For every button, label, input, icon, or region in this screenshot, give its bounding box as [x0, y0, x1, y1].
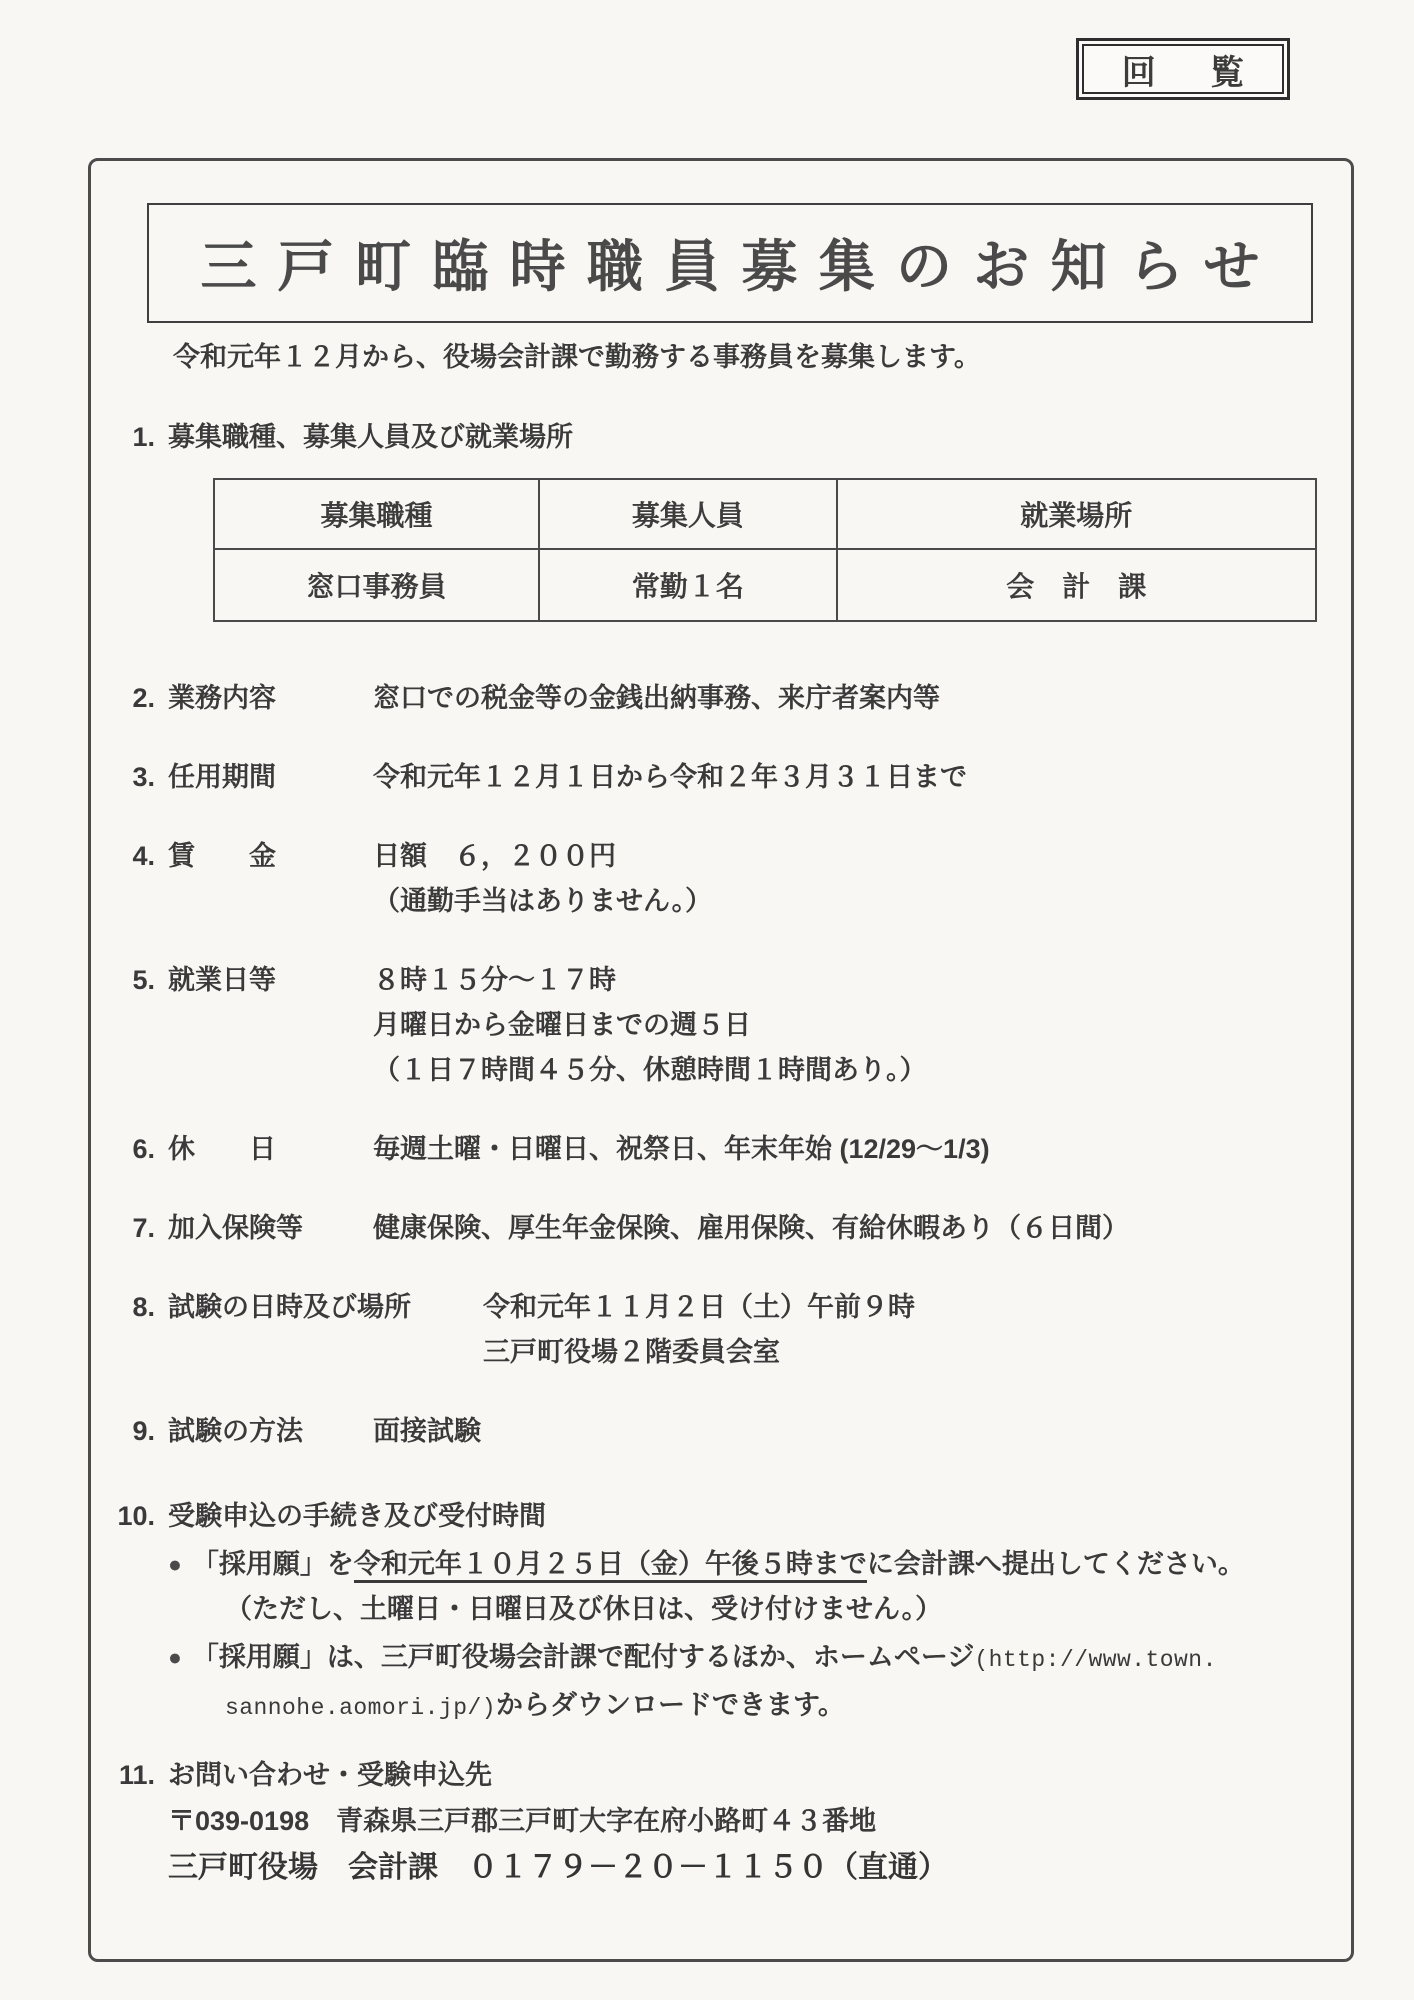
circulation-stamp-label: 回 覧: [1082, 44, 1284, 94]
bullet-1-text: 「採用願」を令和元年１０月２５日（金）午後５時までに会計課へ提出してください。: [192, 1541, 1325, 1587]
homepage-url-part-1: (http://www.town.: [974, 1647, 1216, 1673]
section-10-label: 受験申込の手続き及び受付時間: [168, 1494, 546, 1539]
bullet-2-continued: sannohe.aomori.jp/)からダウンロードできます。: [225, 1683, 1325, 1731]
section-8-line-2: 三戸町役場２階委員会室: [483, 1330, 1325, 1375]
table-header-row: 募集職種 募集人員 就業場所: [214, 479, 1316, 549]
section-5-line-2: 月曜日から金曜日までの週５日: [373, 1003, 1325, 1048]
section-2-content: 窓口での税金等の金銭出納事務、来庁者案内等: [373, 676, 1325, 721]
section-7-label: 加入保険等: [168, 1206, 373, 1251]
section-row-4: 4. 賃 金 日額 ６，２００円 （通勤手当はありません。）: [111, 834, 1325, 924]
section-list: 2. 業務内容 窓口での税金等の金銭出納事務、来庁者案内等 3. 任用期間 令和…: [111, 676, 1325, 1454]
section-2-label: 業務内容: [168, 676, 373, 721]
intro-text: 令和元年１２月から、役場会計課で勤務する事務員を募集します。: [173, 335, 1325, 379]
bullet-1-deadline-underlined: 令和元年１０月２５日（金）午後５時まで: [354, 1549, 867, 1583]
table-data-row: 窓口事務員 常勤１名 会 計 課: [214, 549, 1316, 621]
section-4-line-2: （通勤手当はありません。）: [373, 879, 1325, 924]
bullet-1-pre: 「採用願」を: [192, 1549, 354, 1579]
homepage-url-part-2: sannohe.aomori.jp/): [225, 1695, 496, 1721]
section-9-content: 面接試験: [373, 1409, 1325, 1454]
section-6-line-1: 毎週土曜・日曜日、祝祭日、年末年始 (12/29～1/3): [373, 1127, 1325, 1172]
section-8-line-1: 令和元年１１月２日（土）午前９時: [483, 1285, 1325, 1330]
section-5-label: 就業日等: [168, 958, 373, 1093]
bullet-icon: ●: [168, 1634, 182, 1683]
cell-job-type: 窓口事務員: [214, 549, 539, 621]
section-9-number: 9.: [111, 1409, 155, 1454]
section-7-content: 健康保険、厚生年金保険、雇用保険、有給休暇あり（６日間）: [373, 1206, 1325, 1251]
bullet-2-text: 「採用願」は、三戸町役場会計課で配付するほか、ホームページ(http://www…: [192, 1634, 1325, 1683]
section-1-heading: 1. 募集職種、募集人員及び就業場所: [111, 415, 1325, 460]
section-11-heading: 11. お問い合わせ・受験申込先: [111, 1753, 1325, 1798]
section-3-number: 3.: [111, 755, 155, 800]
section-4-label: 賃 金: [168, 834, 373, 924]
section-1-label: 募集職種、募集人員及び就業場所: [168, 415, 573, 460]
section-11-number: 11.: [111, 1753, 155, 1798]
section-row-9: 9. 試験の方法 面接試験: [111, 1409, 1325, 1454]
header-headcount: 募集人員: [539, 479, 837, 549]
contact-address: 〒039-0198 青森県三戸郡三戸町大字在府小路町４３番地: [168, 1798, 1325, 1844]
bullet-1-note: （ただし、土曜日・日曜日及び休日は、受け付けません。）: [225, 1587, 1325, 1632]
section-row-6: 6. 休 日 毎週土曜・日曜日、祝祭日、年末年始 (12/29～1/3): [111, 1127, 1325, 1172]
section-row-8: 8. 試験の日時及び場所 令和元年１１月２日（土）午前９時 三戸町役場２階委員会…: [111, 1285, 1325, 1375]
section-3-line-1: 令和元年１２月１日から令和２年３月３１日まで: [373, 755, 1325, 800]
section-4-line-1: 日額 ６，２００円: [373, 834, 1325, 879]
section-3-content: 令和元年１２月１日から令和２年３月３１日まで: [373, 755, 1325, 800]
section-6-label: 休 日: [168, 1127, 373, 1172]
section-7-number: 7.: [111, 1206, 155, 1251]
section-10-number: 10.: [111, 1494, 155, 1539]
header-job-type: 募集職種: [214, 479, 539, 549]
cell-workplace: 会 計 課: [837, 549, 1316, 621]
section-5-number: 5.: [111, 958, 155, 1093]
circulation-stamp-box: 回 覧: [1076, 38, 1290, 100]
section-10-bullet-1: ● 「採用願」を令和元年１０月２５日（金）午後５時までに会計課へ提出してください…: [168, 1541, 1325, 1587]
bullet-2-jp-end: からダウンロードできます。: [496, 1690, 845, 1720]
section-10-bullet-2: ● 「採用願」は、三戸町役場会計課で配付するほか、ホームページ(http://w…: [168, 1634, 1325, 1683]
section-3-label: 任用期間: [168, 755, 373, 800]
bullet-icon: ●: [168, 1541, 182, 1587]
section-11: 11. お問い合わせ・受験申込先 〒039-0198 青森県三戸郡三戸町大字在府…: [111, 1753, 1325, 1892]
section-row-3: 3. 任用期間 令和元年１２月１日から令和２年３月３１日まで: [111, 755, 1325, 800]
section-4-content: 日額 ６，２００円 （通勤手当はありません。）: [373, 834, 1325, 924]
section-9-line-1: 面接試験: [373, 1409, 1325, 1454]
contact-phone-line: 三戸町役場 会計課 ０１７９－２０－１１５０（直通）: [168, 1844, 1325, 1892]
section-8-content: 令和元年１１月２日（土）午前９時 三戸町役場２階委員会室: [483, 1285, 1325, 1375]
title-box: 三戸町臨時職員募集のお知らせ: [147, 203, 1313, 323]
section-10: 10. 受験申込の手続き及び受付時間 ● 「採用願」を令和元年１０月２５日（金）…: [111, 1494, 1325, 1731]
section-2-number: 2.: [111, 676, 155, 721]
section-row-2: 2. 業務内容 窓口での税金等の金銭出納事務、来庁者案内等: [111, 676, 1325, 721]
section-row-5: 5. 就業日等 ８時１５分～１７時 月曜日から金曜日までの週５日 （１日７時間４…: [111, 958, 1325, 1093]
section-6-number: 6.: [111, 1127, 155, 1172]
section-5-content: ８時１５分～１７時 月曜日から金曜日までの週５日 （１日７時間４５分、休憩時間１…: [373, 958, 1325, 1093]
section-2-line-1: 窓口での税金等の金銭出納事務、来庁者案内等: [373, 676, 1325, 721]
header-workplace: 就業場所: [837, 479, 1316, 549]
section-8-number: 8.: [111, 1285, 155, 1375]
section-7-line-1: 健康保険、厚生年金保険、雇用保険、有給休暇あり（６日間）: [373, 1206, 1325, 1251]
section-5-line-3: （１日７時間４５分、休憩時間１時間あり。）: [373, 1048, 1325, 1093]
page-title: 三戸町臨時職員募集のお知らせ: [179, 223, 1281, 303]
section-6-content: 毎週土曜・日曜日、祝祭日、年末年始 (12/29～1/3): [373, 1127, 1325, 1172]
section-1-number: 1.: [111, 415, 155, 460]
bullet-2-jp: 「採用願」は、三戸町役場会計課で配付するほか、ホームページ: [192, 1642, 974, 1672]
section-row-7: 7. 加入保険等 健康保険、厚生年金保険、雇用保険、有給休暇あり（６日間）: [111, 1206, 1325, 1251]
bullet-1-post: に会計課へ提出してください。: [867, 1549, 1245, 1579]
section-9-label: 試験の方法: [168, 1409, 373, 1454]
section-8-label: 試験の日時及び場所: [168, 1285, 483, 1375]
section-10-heading: 10. 受験申込の手続き及び受付時間: [111, 1494, 1325, 1539]
recruitment-table: 募集職種 募集人員 就業場所 窓口事務員 常勤１名 会 計 課: [213, 478, 1317, 622]
cell-headcount: 常勤１名: [539, 549, 837, 621]
section-5-line-1: ８時１５分～１７時: [373, 958, 1325, 1003]
section-11-label: お問い合わせ・受験申込先: [168, 1753, 492, 1798]
notice-sheet: 三戸町臨時職員募集のお知らせ 令和元年１２月から、役場会計課で勤務する事務員を募…: [88, 158, 1354, 1962]
section-4-number: 4.: [111, 834, 155, 924]
